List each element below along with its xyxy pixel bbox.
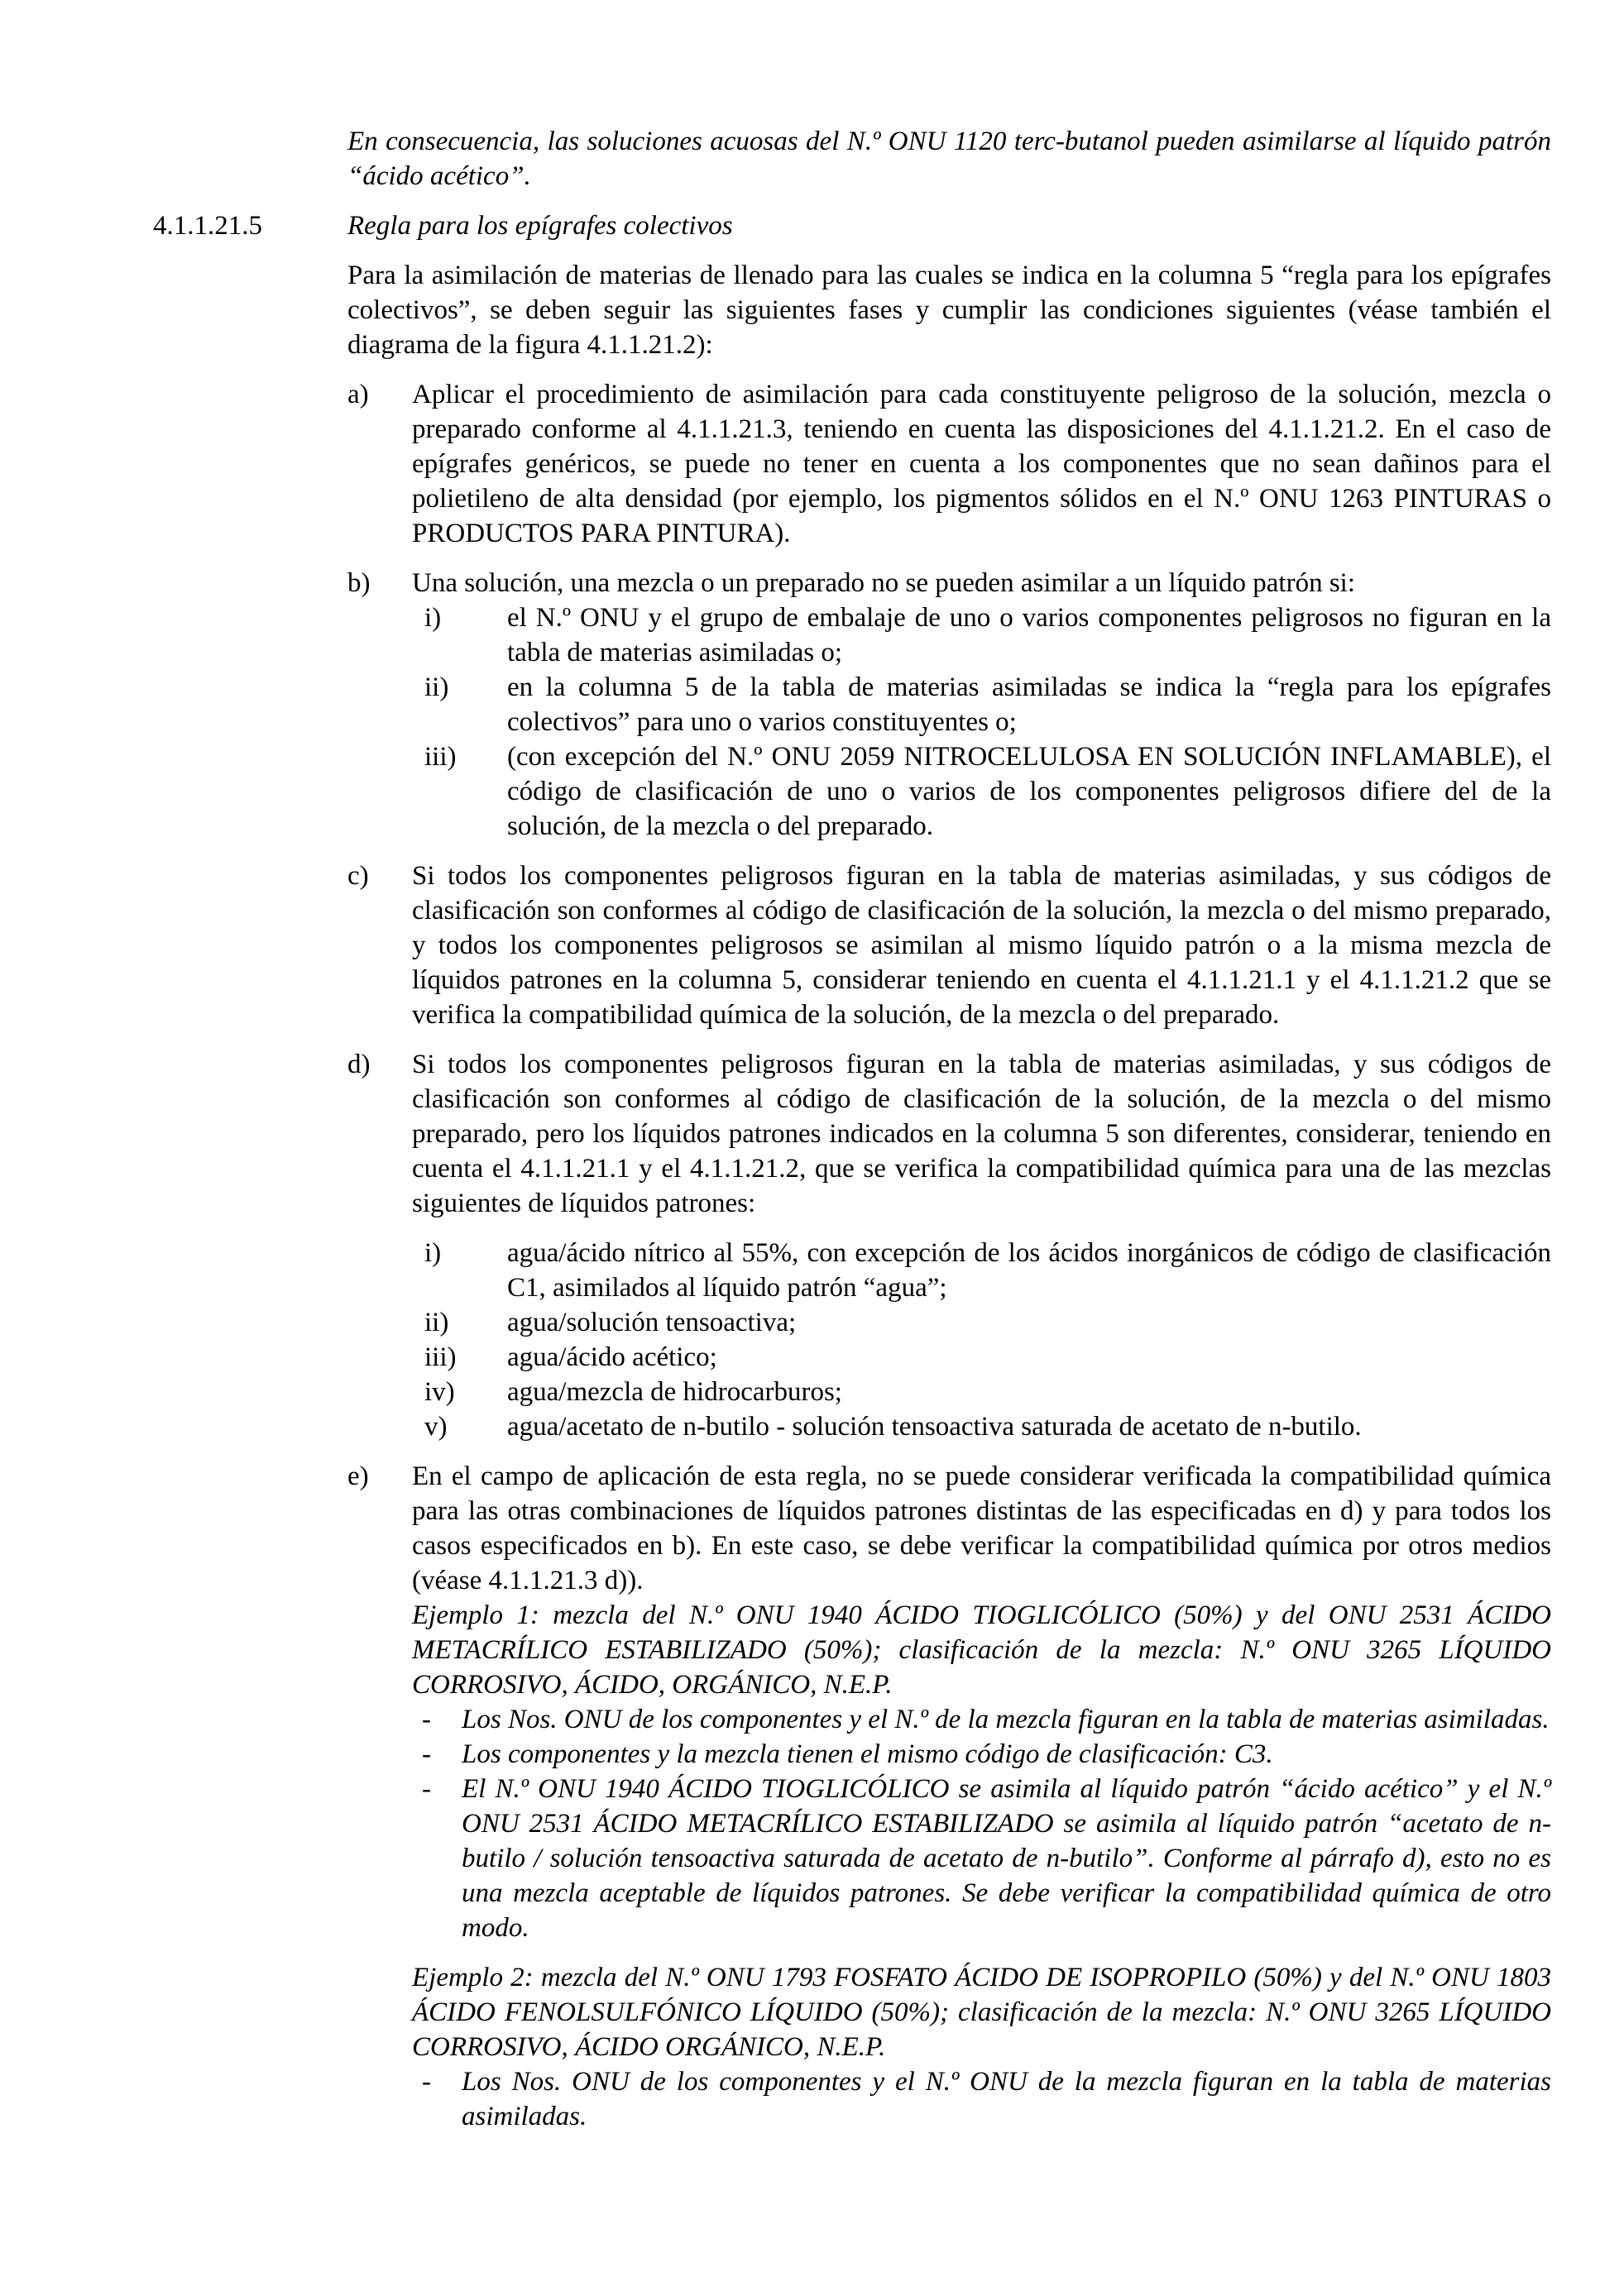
item-label: b) xyxy=(347,566,412,844)
sub-item-label: ii) xyxy=(424,1305,507,1340)
item-label: c) xyxy=(347,859,412,1032)
item-text: En el campo de aplicación de esta regla,… xyxy=(412,1459,1551,1598)
sub-item-b-i: i) el N.º ONU y el grupo de embalaje de … xyxy=(424,600,1551,670)
bullet-dash: - xyxy=(422,2064,462,2134)
bullet-text: Los componentes y la mezcla tienen el mi… xyxy=(462,1737,1551,1772)
section-heading: 4.1.1.21.5 Regla para los epígrafes cole… xyxy=(153,208,1551,243)
example-1-bullet: - El N.º ONU 1940 ÁCIDO TIOGLICÓLICO se … xyxy=(422,1772,1551,1945)
example-2-paragraph: Ejemplo 2: mezcla del N.º ONU 1793 FOSFA… xyxy=(412,1960,1551,2064)
sub-item-label: iii) xyxy=(424,739,507,844)
item-text: Aplicar el procedimiento de asimilación … xyxy=(412,377,1551,551)
intro-paragraph: En consecuencia, las soluciones acuosas … xyxy=(347,124,1551,194)
example-1-bullet: - Los componentes y la mezcla tienen el … xyxy=(422,1737,1551,1772)
example-2-bullet: - Los Nos. ONU de los componentes y el N… xyxy=(422,2064,1551,2134)
sub-item-d-iv: iv) agua/mezcla de hidrocarburos; xyxy=(424,1375,1551,1409)
sub-item-text: en la columna 5 de la tabla de materias … xyxy=(507,670,1551,739)
sub-item-text: agua/ácido acético; xyxy=(507,1340,1551,1375)
sub-item-text: agua/acetato de n-butilo - solución tens… xyxy=(507,1409,1551,1444)
sub-item-d-ii: ii) agua/solución tensoactiva; xyxy=(424,1305,1551,1340)
sub-item-text: el N.º ONU y el grupo de embalaje de uno… xyxy=(507,600,1551,670)
sub-item-d-iii: iii) agua/ácido acético; xyxy=(424,1340,1551,1375)
sub-item-b-iii: iii) (con excepción del N.º ONU 2059 NIT… xyxy=(424,739,1551,844)
example-1-bullet: - Los Nos. ONU de los componentes y el N… xyxy=(422,1702,1551,1737)
sub-item-label: i) xyxy=(424,1236,507,1305)
sub-item-text: agua/solución tensoactiva; xyxy=(507,1305,1551,1340)
bullet-dash: - xyxy=(422,1737,462,1772)
sub-item-b-ii: ii) en la columna 5 de la tabla de mater… xyxy=(424,670,1551,739)
item-text: Una solución, una mezcla o un preparado … xyxy=(412,566,1551,600)
section-title: Regla para los epígrafes colectivos xyxy=(347,208,733,243)
bullet-text: El N.º ONU 1940 ÁCIDO TIOGLICÓLICO se as… xyxy=(462,1772,1551,1945)
list-item-c: c) Si todos los componentes peligrosos f… xyxy=(347,859,1551,1032)
sub-item-text: agua/mezcla de hidrocarburos; xyxy=(507,1375,1551,1409)
document-page: En consecuencia, las soluciones acuosas … xyxy=(0,0,1624,2296)
sub-item-d-i: i) agua/ácido nítrico al 55%, con excepc… xyxy=(424,1236,1551,1305)
item-label: d) xyxy=(347,1047,412,1444)
sub-item-label: i) xyxy=(424,600,507,670)
sub-item-label: ii) xyxy=(424,670,507,739)
item-label: a) xyxy=(347,377,412,551)
example-1-paragraph: Ejemplo 1: mezcla del N.º ONU 1940 ÁCIDO… xyxy=(412,1598,1551,1702)
item-label: e) xyxy=(347,1459,412,2134)
sub-item-text: agua/ácido nítrico al 55%, con excepción… xyxy=(507,1236,1551,1305)
list-item-b: b) Una solución, una mezcla o un prepara… xyxy=(347,566,1551,844)
item-text: Si todos los componentes peligrosos figu… xyxy=(412,1047,1551,1221)
item-text: Si todos los componentes peligrosos figu… xyxy=(412,859,1551,1032)
bullet-dash: - xyxy=(422,1702,462,1737)
list-item-a: a) Aplicar el procedimiento de asimilaci… xyxy=(347,377,1551,551)
bullet-dash: - xyxy=(422,1772,462,1945)
sub-item-text: (con excepción del N.º ONU 2059 NITROCEL… xyxy=(507,739,1551,844)
list-item-e: e) En el campo de aplicación de esta reg… xyxy=(347,1459,1551,2134)
section-number: 4.1.1.21.5 xyxy=(153,208,347,243)
bullet-text: Los Nos. ONU de los componentes y el N.º… xyxy=(462,1702,1551,1737)
sub-item-label: v) xyxy=(424,1409,507,1444)
sub-item-label: iii) xyxy=(424,1340,507,1375)
sub-item-d-v: v) agua/acetato de n-butilo - solución t… xyxy=(424,1409,1551,1444)
bullet-text: Los Nos. ONU de los componentes y el N.º… xyxy=(462,2064,1551,2134)
list-item-d: d) Si todos los componentes peligrosos f… xyxy=(347,1047,1551,1444)
lead-paragraph: Para la asimilación de materias de llena… xyxy=(347,258,1551,362)
sub-item-label: iv) xyxy=(424,1375,507,1409)
